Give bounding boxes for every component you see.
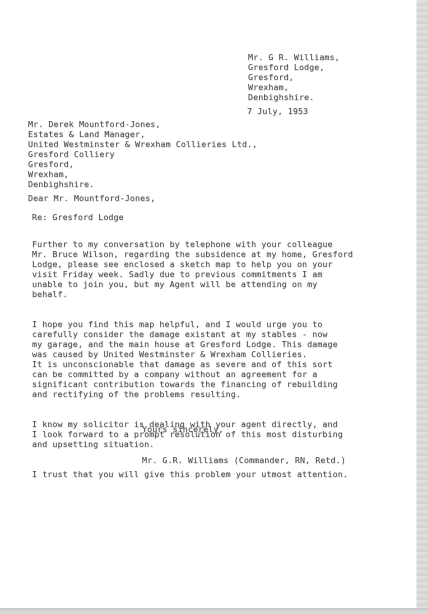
scanner-edge-bottom xyxy=(0,608,428,614)
sender-address-block: Mr. G R. Williams, Gresford Lodge, Gresf… xyxy=(248,52,340,102)
closing: Yours sincerely, xyxy=(142,424,224,434)
salutation: Dear Mr. Mountford-Jones, xyxy=(28,193,155,203)
body-paragraph-4: I trust that you will give this problem … xyxy=(32,469,384,479)
scanned-letter-page: Mr. G R. Williams, Gresford Lodge, Gresf… xyxy=(0,0,428,614)
body-paragraph-1: Further to my conversation by telephone … xyxy=(32,239,384,299)
subject-line: Re: Gresford Lodge xyxy=(32,212,124,222)
signature-line: Mr. G.R. Williams (Commander, RN, Retd.) xyxy=(142,455,346,465)
recipient-address-block: Mr. Derek Mountford-Jones, Estates & Lan… xyxy=(28,119,257,189)
body-paragraph-2: I hope you find this map helpful, and I … xyxy=(32,319,384,399)
scanner-edge-right xyxy=(416,0,428,614)
letter-date: 7 July, 1953 xyxy=(247,106,308,116)
